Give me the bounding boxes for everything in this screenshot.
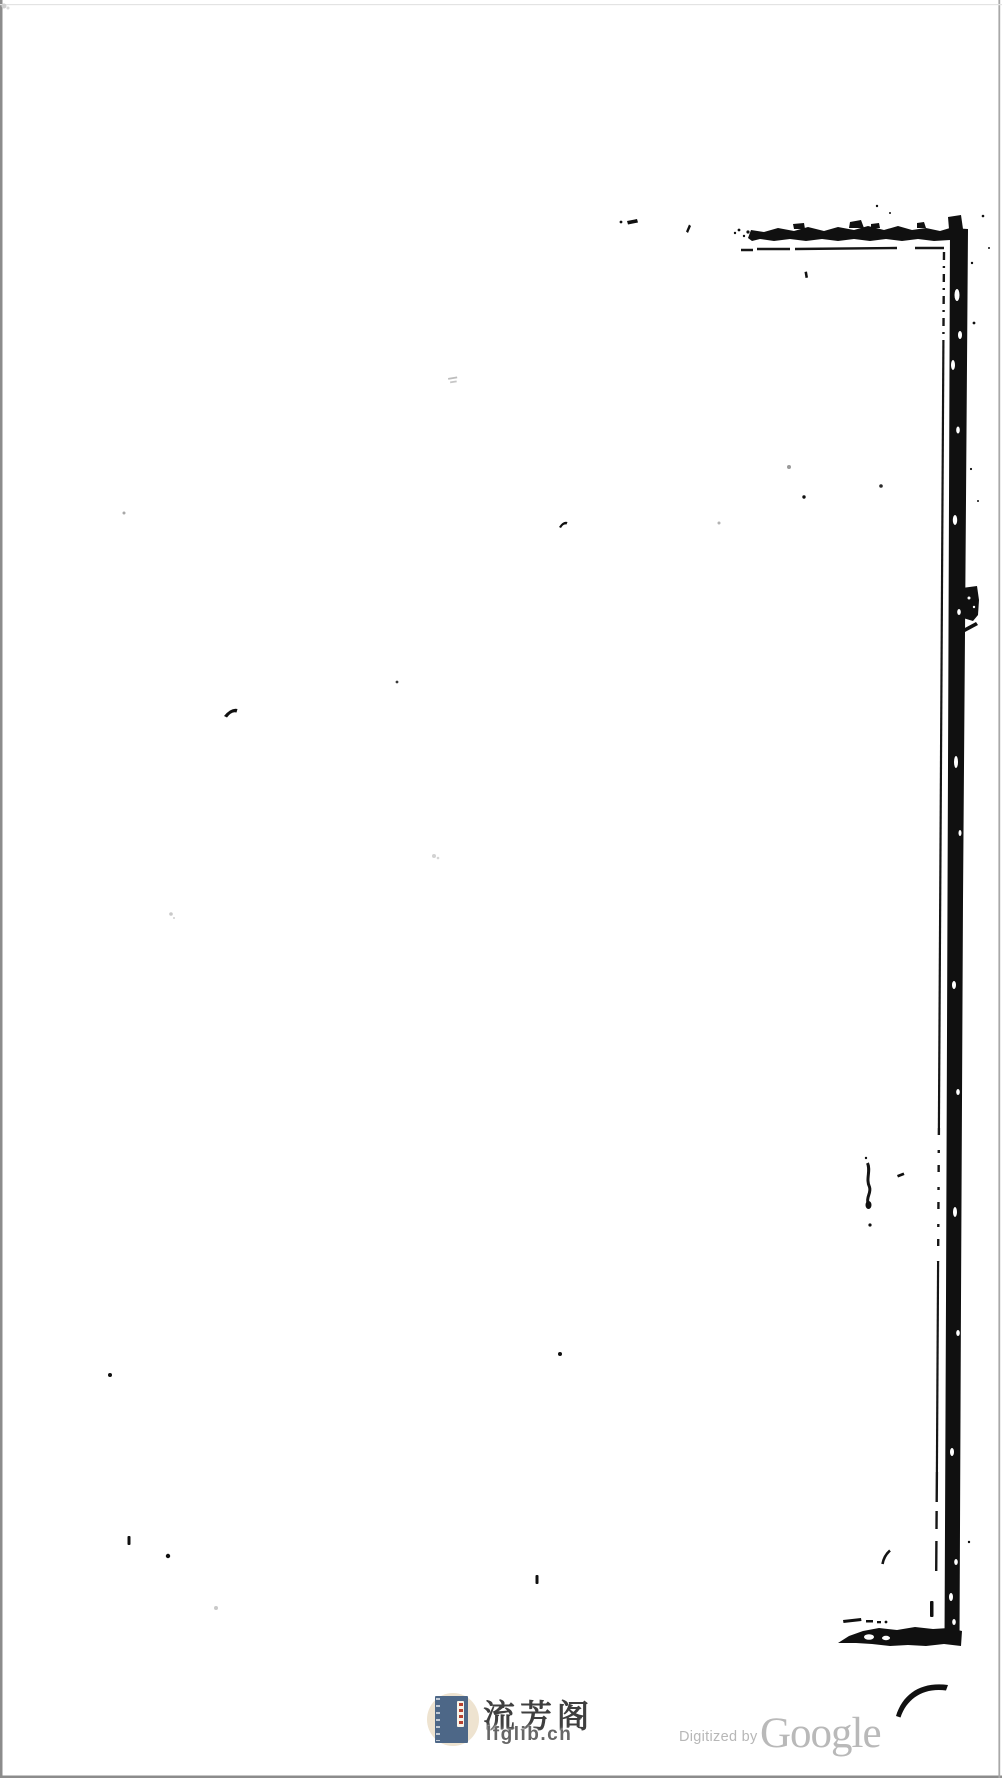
ink-dot bbox=[746, 230, 749, 233]
ink-dot bbox=[988, 247, 990, 249]
frame-right-bar bbox=[945, 229, 969, 1642]
ink-dash bbox=[897, 1173, 905, 1178]
print-frame bbox=[734, 205, 990, 1646]
corner-arc-mark bbox=[896, 1684, 948, 1717]
ink-dot bbox=[982, 215, 985, 218]
frame-bottom-bar bbox=[838, 1627, 962, 1646]
ink-dot bbox=[738, 229, 741, 232]
ink-dot bbox=[743, 235, 745, 237]
stitched-book-icon bbox=[435, 1696, 468, 1743]
faint-dot bbox=[437, 857, 440, 860]
ink-dot bbox=[868, 1223, 871, 1226]
faint-dot bbox=[787, 465, 791, 469]
edge-blob-dash bbox=[963, 622, 978, 632]
frame-top-bar-bump bbox=[917, 222, 926, 228]
ink-dot bbox=[865, 1157, 867, 1159]
ink-dot bbox=[802, 495, 805, 498]
ink-dot bbox=[108, 1373, 112, 1377]
faint-dot bbox=[123, 512, 126, 515]
google-logo: Google bbox=[760, 1709, 881, 1758]
ink-dot bbox=[889, 212, 891, 214]
faint-smudges bbox=[123, 377, 792, 1611]
page-edge-top bbox=[0, 4, 1002, 5]
page-edge-right bbox=[998, 0, 1000, 1778]
digitized-by-label: Digitized by bbox=[679, 1729, 758, 1745]
frame-inner-line-right-tail bbox=[936, 1472, 937, 1572]
ink-dot bbox=[879, 484, 883, 488]
ink-slash bbox=[883, 1551, 891, 1565]
ink-fleck bbox=[973, 322, 976, 325]
ink-dash bbox=[627, 219, 638, 225]
watermark-domain: lfglib.cn bbox=[486, 1724, 572, 1746]
book-badge-icon bbox=[427, 1693, 479, 1746]
bottom-inner-dash bbox=[877, 1621, 881, 1623]
ink-fleck bbox=[971, 262, 973, 264]
scan-ink-layer bbox=[0, 0, 1002, 1778]
faint-dot bbox=[169, 912, 173, 916]
edge-blob-hole bbox=[973, 606, 975, 608]
bottom-inner-dash bbox=[885, 1621, 888, 1624]
frame-top-bar-bump bbox=[793, 223, 805, 229]
edge-blob bbox=[962, 586, 979, 621]
faint-dot bbox=[432, 854, 436, 858]
ink-tick bbox=[224, 709, 238, 718]
ink-tick bbox=[559, 522, 568, 528]
ink-dot bbox=[876, 205, 878, 207]
corner-smudge bbox=[7, 7, 10, 10]
bottom-tick-mark bbox=[930, 1601, 934, 1617]
frame-inner-line-top bbox=[741, 248, 944, 250]
frame-inner-line-right-top bbox=[943, 252, 944, 340]
ink-blob bbox=[866, 1201, 872, 1209]
bottom-bar-texture bbox=[882, 1636, 890, 1640]
ink-dot bbox=[620, 221, 623, 224]
faint-dot bbox=[214, 1606, 218, 1610]
bottom-bar-texture bbox=[864, 1634, 874, 1640]
ink-dash bbox=[536, 1575, 539, 1584]
frame-inner-lines bbox=[741, 248, 944, 1572]
frame-top-bar bbox=[748, 226, 968, 242]
ink-fleck bbox=[977, 500, 979, 502]
frame-inner-line-right bbox=[939, 340, 944, 1128]
ink-dash bbox=[128, 1536, 131, 1545]
frame-inner-line-right-sparse bbox=[938, 1128, 939, 1262]
ink-dot bbox=[396, 681, 399, 684]
page-edge-borders bbox=[0, 0, 1002, 1778]
corner-smudge bbox=[2, 4, 7, 9]
ink-specks bbox=[108, 219, 948, 1718]
frame-top-bar-bump bbox=[871, 223, 880, 228]
page-edge-left bbox=[0, 0, 3, 1778]
edge-blob-hole bbox=[968, 597, 971, 600]
scanned-book-page: 流芳阁 lfglib.cn Digitized by Google bbox=[0, 0, 1002, 1778]
frame-inner-line-right-lower bbox=[937, 1262, 938, 1472]
ink-fleck bbox=[968, 1541, 970, 1543]
book-spine-stitches bbox=[436, 1698, 440, 1741]
frame-corner-blob bbox=[948, 215, 963, 229]
faint-smudge bbox=[450, 381, 457, 384]
bottom-inner-dash bbox=[843, 1618, 862, 1623]
faint-dot bbox=[173, 917, 175, 919]
book-title-label bbox=[457, 1701, 464, 1727]
ink-tick bbox=[805, 272, 809, 279]
frame-top-bar-bump bbox=[849, 220, 864, 228]
ink-dot bbox=[558, 1352, 562, 1356]
ink-dot bbox=[734, 232, 736, 234]
bottom-inner-dash bbox=[866, 1620, 873, 1623]
faint-smudge bbox=[448, 377, 457, 380]
ink-slash bbox=[686, 225, 691, 234]
faint-dot bbox=[718, 522, 721, 525]
ink-fleck bbox=[970, 468, 972, 470]
ink-squiggle bbox=[868, 1163, 870, 1203]
ink-dot bbox=[166, 1554, 170, 1558]
